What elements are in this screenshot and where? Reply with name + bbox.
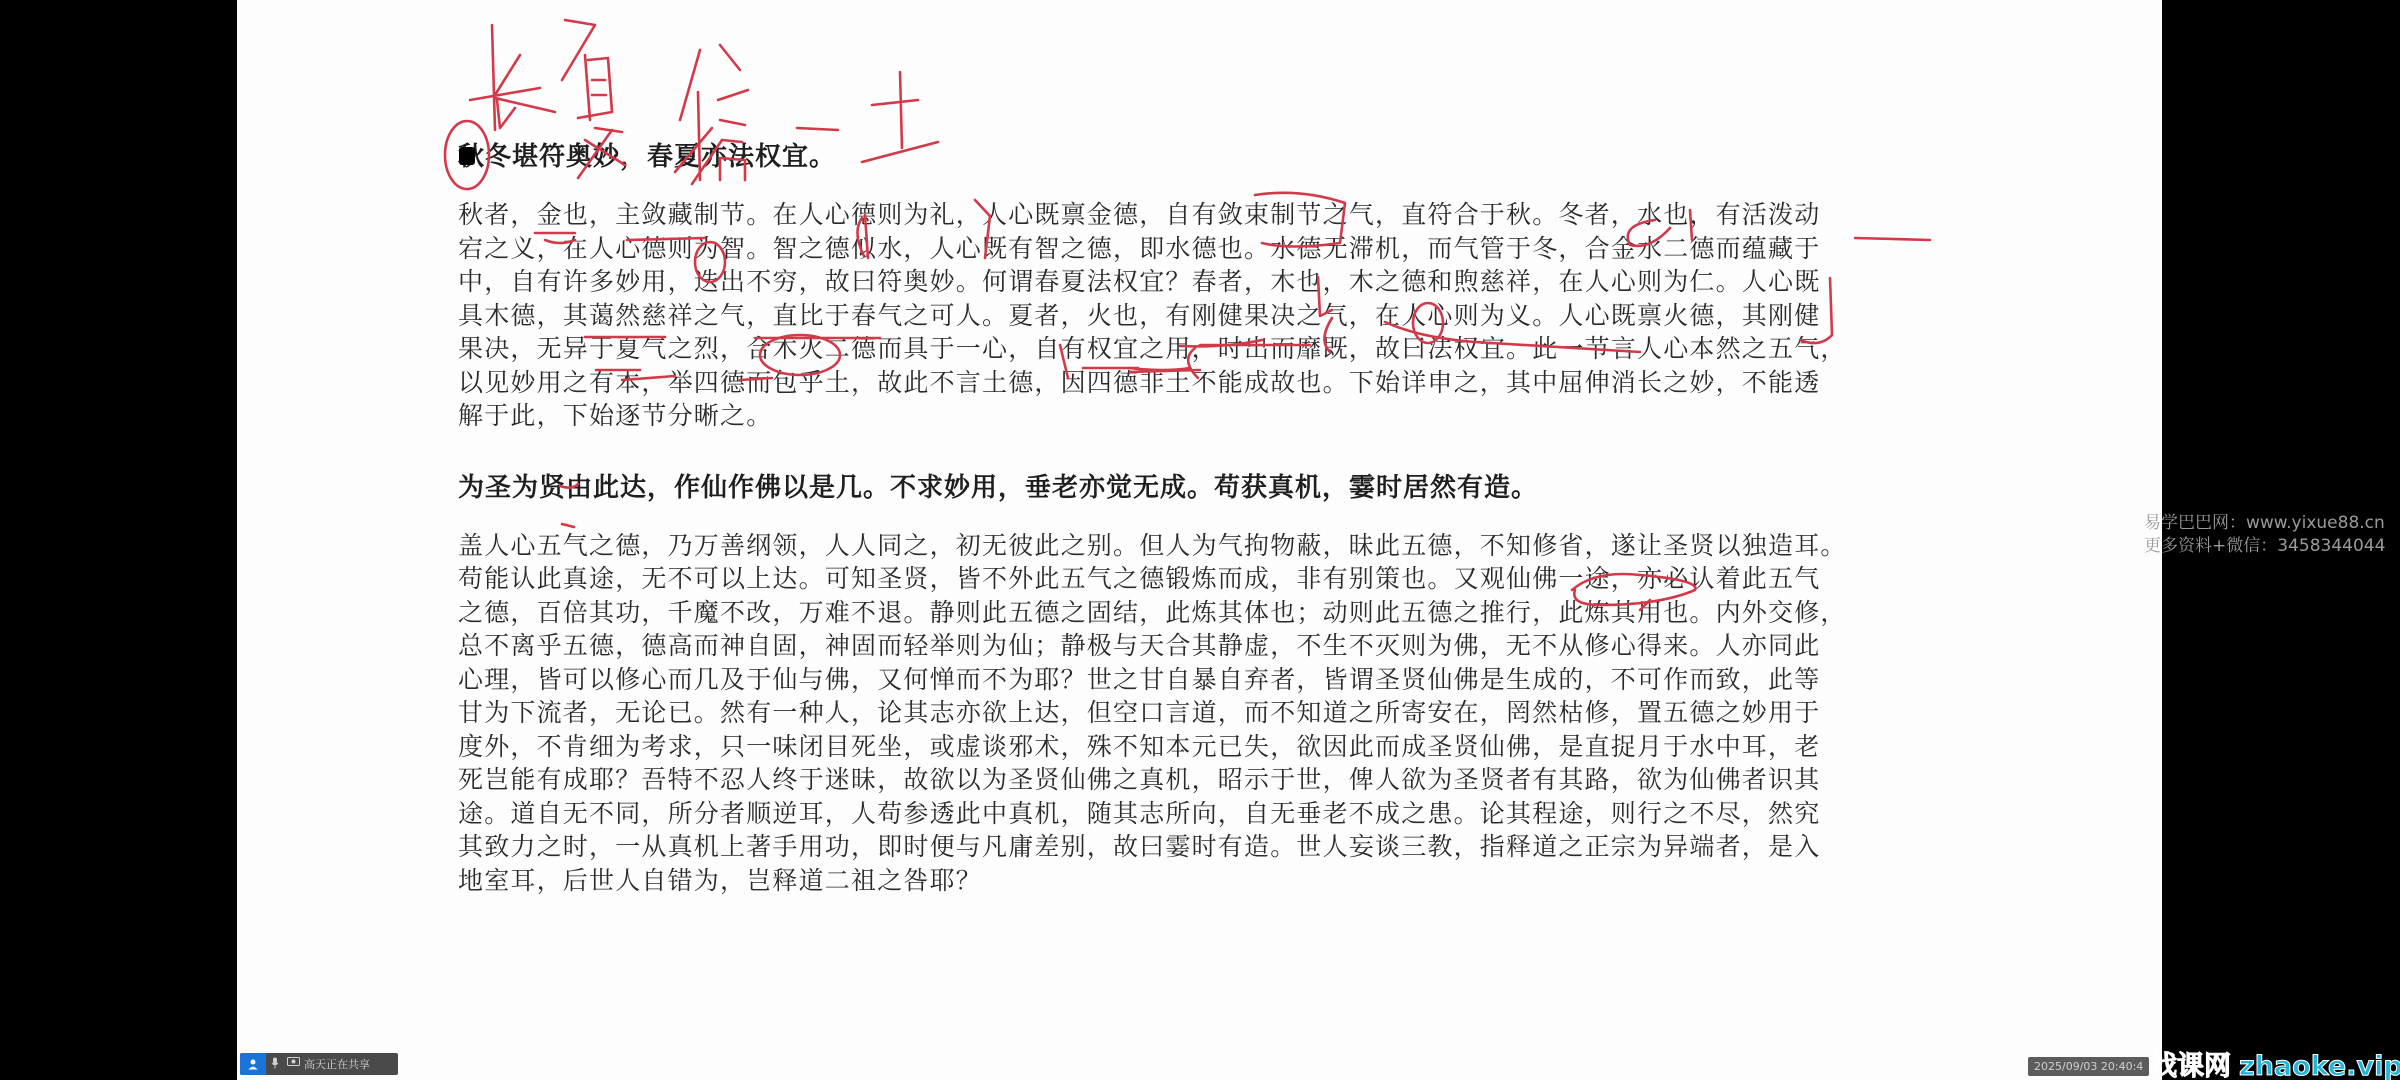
paragraph-2: 盖人心五气之德，乃万善纲领，人人同之，初无彼此之别。但人为气拘物蔽，昧此五德，不… [458,529,1928,898]
sharing-status-label: 高天正在共享 [302,1056,370,1072]
text-line: 心理，皆可以修心而几及于仙与佛，又何惮而不为耶？世之甘自暴自弃者，皆谓圣贤仙佛是… [458,663,1928,697]
section-heading-1: 秋冬堪符奥妙，春夏亦法权宜。 [458,138,1938,176]
text-line: 地室耳，后世人自错为，岂释道二祖之咎耶？ [458,864,1928,898]
text-line: 苟能认此真途，无不可以上达。可知圣贤，皆不外此五气之德锻炼而成，非有别策也。又观… [458,562,1928,596]
watermark-line-2: 更多资料+微信：3458344044 [2144,535,2385,558]
text-line: 解于此，下始逐节分晰之。 [458,399,1928,433]
watermark-text: 易学巴巴网：www.yixue88.cn 更多资料+微信：3458344044 [2144,512,2385,558]
brand-watermark: 找课网zhaoke.vip [2150,1044,2400,1080]
text-line: 死岂能有成耶？吾特不忍人终于迷昧，故欲以为圣贤仙佛之真机，昭示于世，俾人欲为圣贤… [458,763,1928,797]
text-line: 总不离乎五德，德高而神自固，神固而轻举则为仙；静极与天合其静虚，不生不灭则为佛，… [458,629,1928,663]
document-content: 秋冬堪符奥妙，春夏亦法权宜。 秋者，金也，主敛藏制节。在人心德则为礼，人心既禀金… [458,138,1938,933]
text-line: 果决，无异于夏气之烈，合木火二德而具于一心，自有权宜之用，时出而靡既，故曰法权宜… [458,332,1928,366]
text-line: 甘为下流者，无论已。然有一种人，论其志亦欲上达，但空口言道，而不知道之所寄安在，… [458,696,1928,730]
screen-share-icon[interactable] [284,1057,302,1071]
timestamp: 2025/09/03 20:40:4 [2028,1057,2149,1076]
paragraph-1: 秋者，金也，主敛藏制节。在人心德则为礼，人心既禀金德，自有敛束制节之气，直符合于… [458,198,1928,433]
text-line: 度外，不肯细为考求，只一味闭目死坐，或虚谈邪术，殊不知本元已失，欲因此而成圣贤仙… [458,730,1928,764]
text-line: 宕之义，在人心德则为智。智之德似水，人心既有智之德，即水德也。水德无滞机，而气管… [458,232,1928,266]
meeting-status-bar: 高天正在共享 [240,1053,398,1075]
text-line: 以见妙用之有本，举四德而包乎土，故此不言土德，因四德非土不能成故也。下始详申之，… [458,366,1928,400]
text-line: 其致力之时，一从真机上著手用功，即时便与凡庸差别，故曰霎时有造。世人妄谈三教，指… [458,830,1928,864]
microphone-icon[interactable] [266,1057,284,1072]
watermark-line-1: 易学巴巴网：www.yixue88.cn [2144,512,2385,535]
text-line: 盖人心五气之德，乃万善纲领，人人同之，初无彼此之别。但人为气拘物蔽，昧此五德，不… [458,529,1928,563]
text-line: 具木德，其蔼然慈祥之气，直比于春气之可人。夏者，火也，有刚健果决之气，在人心则为… [458,299,1928,333]
text-line: 之德，百倍其功，千魔不改，万难不退。静则此五德之固结，此炼其体也；动则此五德之推… [458,596,1928,630]
user-icon[interactable] [240,1053,266,1075]
section-heading-2: 为圣为贤由此达，作仙作佛以是几。不求妙用，垂老亦觉无成。苟获真机，霎时居然有造。 [458,469,1938,507]
brand-cn: 找课网 [2150,1051,2231,1080]
text-line: 中，自有许多妙用，迭出不穷，故曰符奥妙。何谓春夏法权宜？春者，木也，木之德和煦慈… [458,265,1928,299]
brand-en: zhaoke.vip [2239,1051,2400,1080]
text-line: 途。道自无不同，所分者顺逆耳，人苟参透此中真机，随其志所向，自无垂老不成之患。论… [458,797,1928,831]
text-line: 秋者，金也，主敛藏制节。在人心德则为礼，人心既禀金德，自有敛束制节之气，直符合于… [458,198,1928,232]
